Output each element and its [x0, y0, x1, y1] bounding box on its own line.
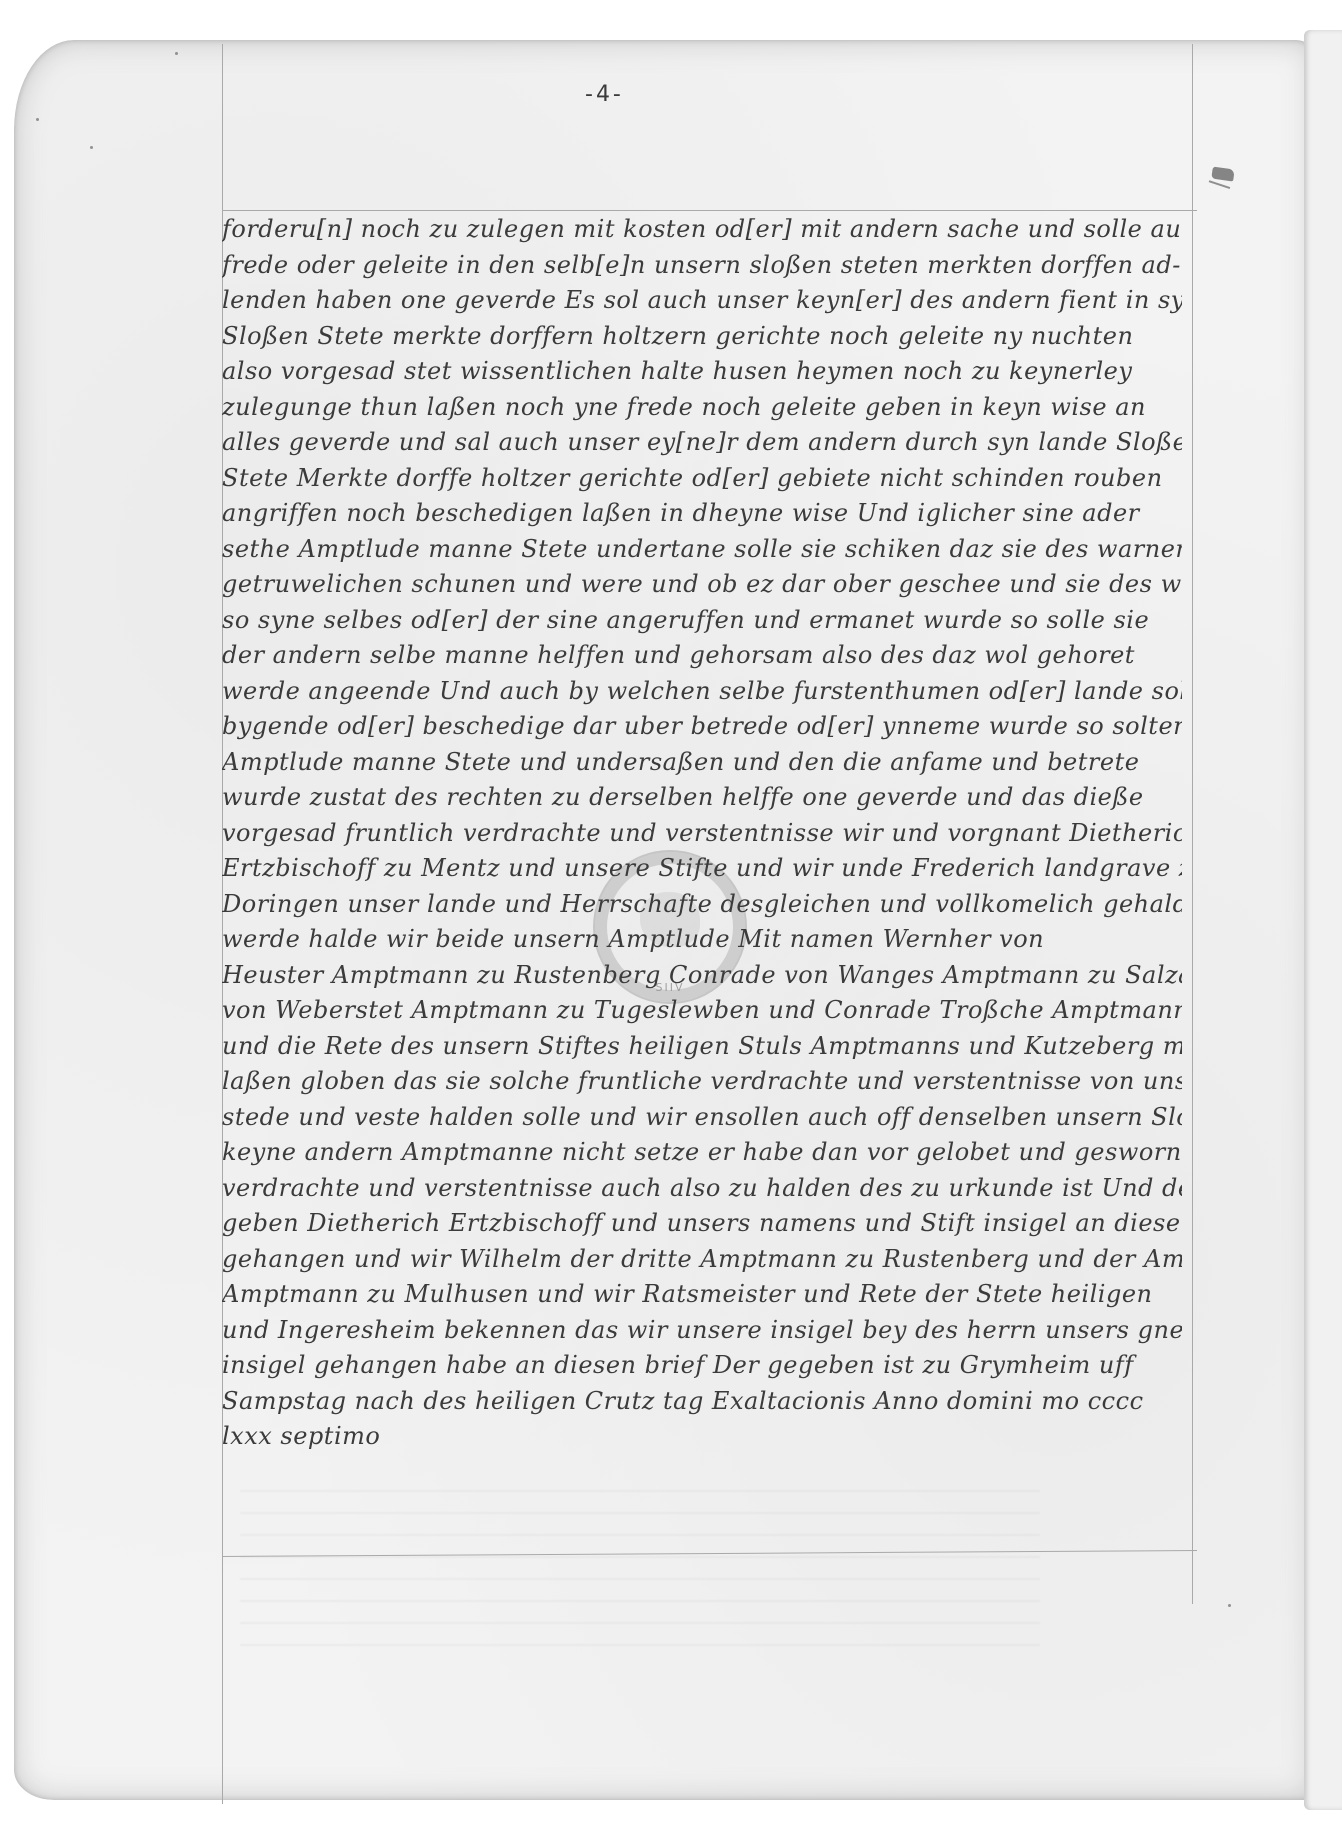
ink-speck: [36, 118, 39, 121]
text-line: geben Dietherich Ertzbischoff und unsers…: [222, 1206, 1182, 1242]
text-line: vorgesad fruntlich verdrachte und verste…: [222, 816, 1182, 852]
text-line: stede und veste halden solle und wir ens…: [222, 1100, 1182, 1136]
text-line: und die Rete des unsern Stiftes heiligen…: [222, 1029, 1182, 1065]
text-line: getruwelichen schunen und were und ob ez…: [222, 567, 1182, 603]
ink-speck: [90, 146, 93, 149]
text-line: Amptlude manne Stete und undersaßen und …: [222, 745, 1182, 781]
text-line: Doringen unser lande und Herrschafte des…: [222, 887, 1182, 923]
text-line: gehangen und wir Wilhelm der dritte Ampt…: [222, 1242, 1182, 1278]
text-line: wurde zustat des rechten zu derselben he…: [222, 780, 1182, 816]
top-margin-rule: [222, 210, 1197, 211]
text-line: und Ingeresheim bekennen das wir unsere …: [222, 1313, 1182, 1349]
text-line: Sloßen Stete merkte dorffern holtzern ge…: [222, 319, 1182, 355]
text-line: Ertzbischoff zu Mentz und unsere Stifte …: [222, 851, 1182, 887]
text-line: Amptmann zu Mulhusen und wir Ratsmeister…: [222, 1277, 1182, 1313]
text-line: keyne andern Amptmanne nicht setze er ha…: [222, 1135, 1182, 1171]
text-line: bygende od[er] beschedige dar uber betre…: [222, 709, 1182, 745]
ink-speck: [1228, 1604, 1231, 1607]
text-line: lxxx septimo: [222, 1419, 1182, 1455]
text-line: verdrachte und verstentnisse auch also z…: [222, 1171, 1182, 1207]
text-line: laßen globen das sie solche fruntliche v…: [222, 1064, 1182, 1100]
text-line: angriffen noch beschedigen laßen in dhey…: [222, 496, 1182, 532]
ink-speck: [175, 52, 178, 55]
text-line: werde angeende Und auch by welchen selbe…: [222, 674, 1182, 710]
text-line: insigel gehangen habe an diesen brief De…: [222, 1348, 1182, 1384]
right-margin-rule: [1192, 44, 1193, 1604]
page-number: -4-: [585, 82, 624, 107]
text-line: alles geverde und sal auch unser ey[ne]r…: [222, 425, 1182, 461]
ink-bleed-through: [240, 1490, 1040, 1650]
manuscript-text-block: forderu[n] noch zu zulegen mit kosten od…: [222, 212, 1182, 1455]
text-line: frede oder geleite in den selb[e]n unser…: [222, 248, 1182, 284]
text-line: von Weberstet Amptmann zu Tugeslewben un…: [222, 993, 1182, 1029]
text-line: zulegunge thun laßen noch yne frede noch…: [222, 390, 1182, 426]
text-line: der andern selbe manne helffen und gehor…: [222, 638, 1182, 674]
text-line: also vorgesad stet wissentlichen halte h…: [222, 354, 1182, 390]
text-line: Sampstag nach des heiligen Crutz tag Exa…: [222, 1384, 1182, 1420]
adjacent-page-edge: [1304, 30, 1342, 1810]
text-line: forderu[n] noch zu zulegen mit kosten od…: [222, 212, 1182, 248]
text-line: so syne selbes od[er] der sine angeruffe…: [222, 603, 1182, 639]
text-line: werde halde wir beide unsern Amptlude Mi…: [222, 922, 1182, 958]
text-line: Heuster Amptmann zu Rustenberg Conrade v…: [222, 958, 1182, 994]
text-line: sethe Amptlude manne Stete undertane sol…: [222, 532, 1182, 568]
text-line: lenden haben one geverde Es sol auch uns…: [222, 283, 1182, 319]
text-line: Stete Merkte dorffe holtzer gerichte od[…: [222, 461, 1182, 497]
